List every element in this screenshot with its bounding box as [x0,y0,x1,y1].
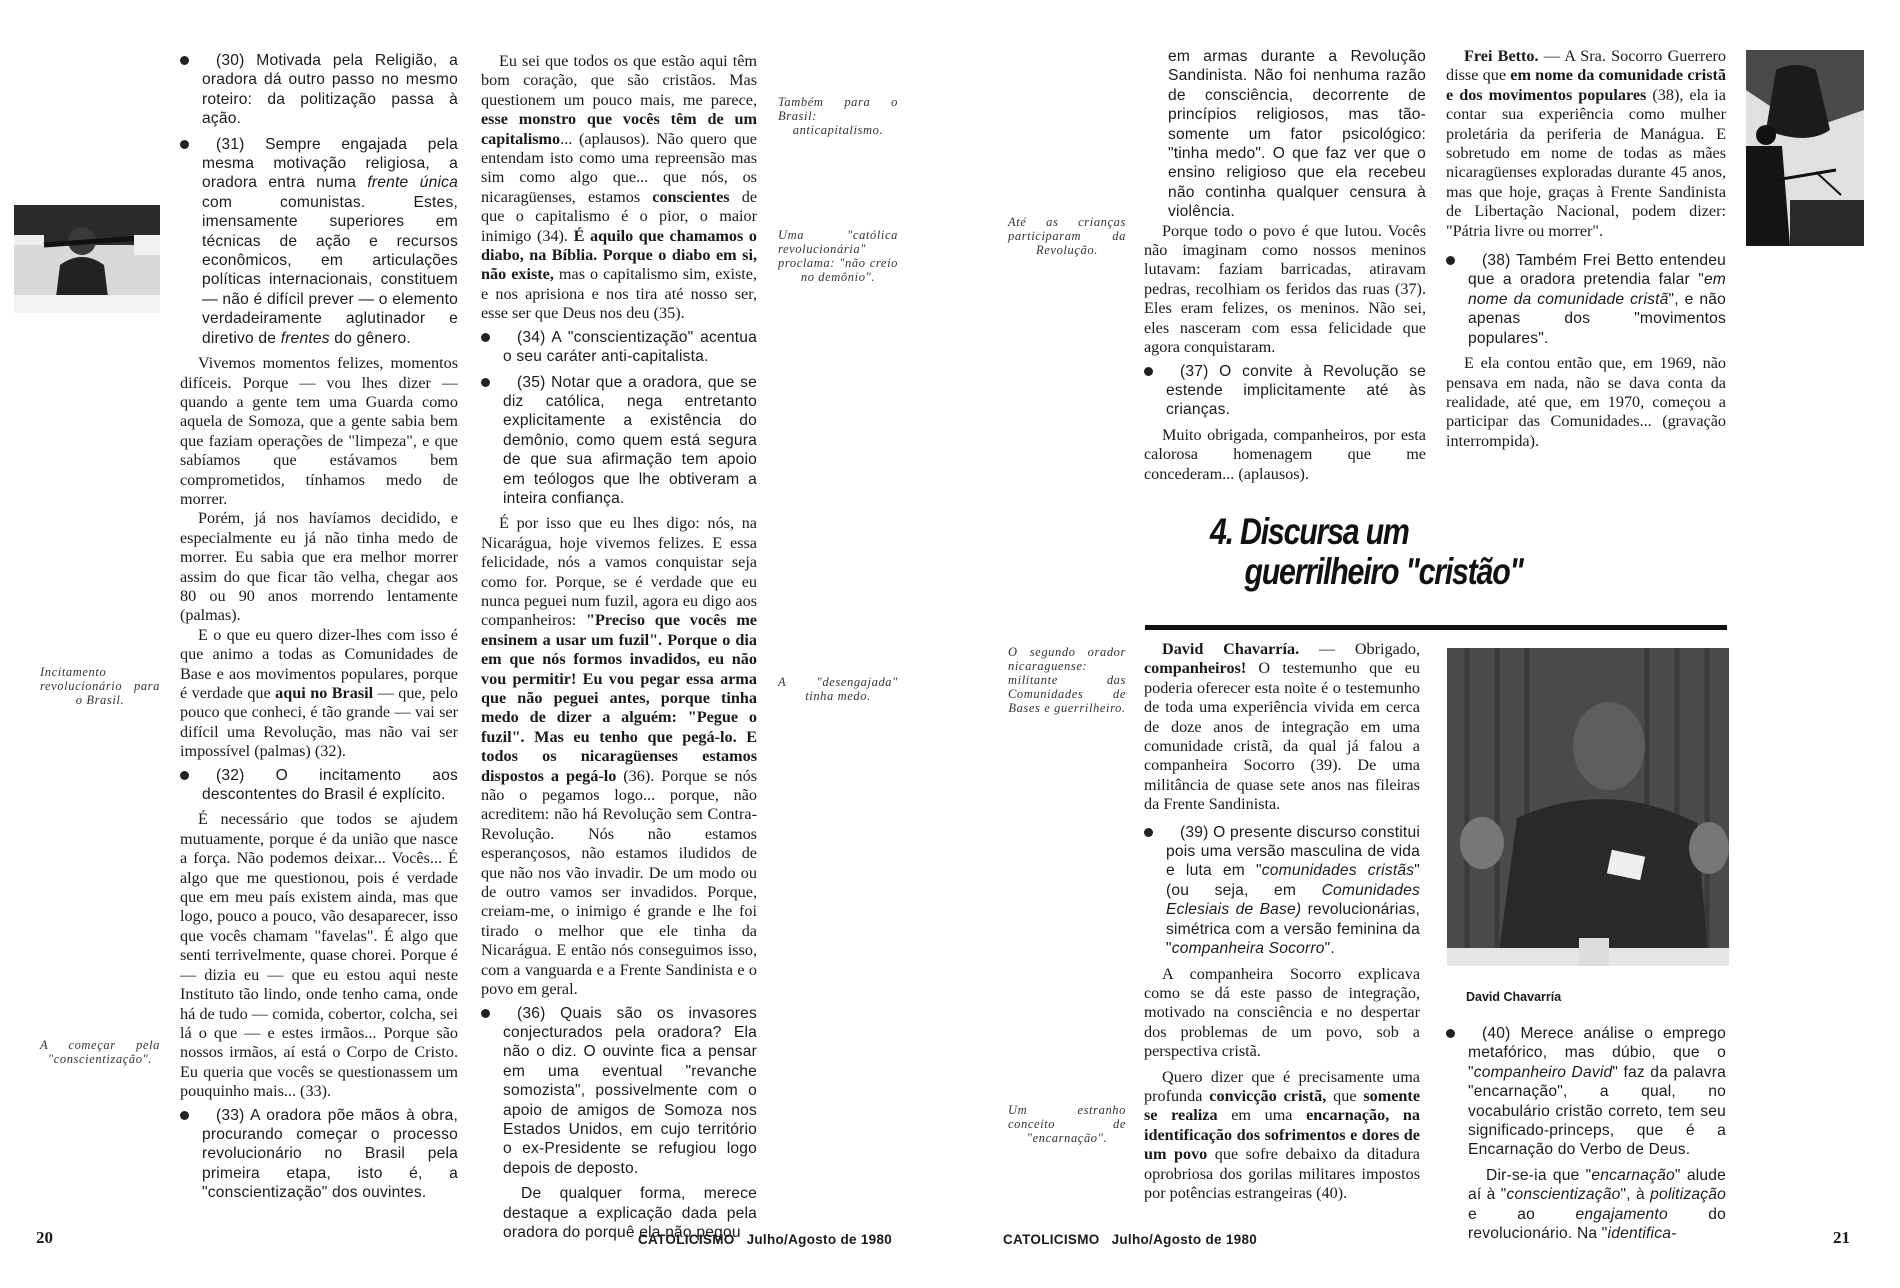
margin-note: Uma "católica revolucionária" proclama: … [778,228,898,284]
bullet-icon [481,1009,490,1018]
footnote-39: (39) O presente discurso constitui pois … [1144,823,1420,959]
bullet-icon [481,333,490,342]
right-section-column-2: (40) Merece análise o emprego metafórico… [1446,1020,1726,1243]
bullet-icon [180,56,189,65]
margin-note: Também para o Brasil: anticapitalismo. [778,95,898,137]
bullet-icon [1446,256,1455,265]
photo-image [1746,50,1864,246]
paragraph: Quero dizer que é precisamente uma profu… [1144,1068,1420,1204]
photo-youth-with-rifle [14,205,160,313]
footnote-40-continued: Dir-se-ia que "encarnação" alude aí à "c… [1446,1166,1726,1244]
paragraph: É necessário que todos se ajudem mutuame… [180,810,458,1101]
paragraph: A companheira Socorro explicava como se … [1144,965,1420,1062]
bullet-icon [1144,367,1153,376]
bullet-icon [1144,828,1153,837]
footnote-36-tail: em armas durante a Revolução Sandinista.… [1144,47,1426,222]
footnote-32: (32) O incitamento aos descontentes do B… [180,766,458,805]
section-title: 4. Discursa um guerrilheiro "cristão" [1210,512,1538,592]
paragraph: David Chavarría. — Obrigado, companheiro… [1144,640,1420,815]
bullet-icon [1446,1029,1455,1038]
margin-note: Até as crianças participaram da Revoluçã… [1008,215,1126,257]
paragraph: Frei Betto. — A Sra. Socorro Guerrero di… [1446,47,1726,241]
paragraph: E o que eu quero dizer-lhes com isso é q… [180,626,458,762]
page-number: 20 [36,1228,53,1248]
photo-bell-gunner [1746,50,1864,246]
margin-note: Incitamento revolucionário para o Brasil… [40,665,160,707]
margin-note: O segundo orador nicaraguense: militante… [1008,645,1126,715]
bullet-icon [180,1111,189,1120]
paragraph: Muito obrigada, companheiros, por esta c… [1144,426,1426,484]
footnote-34: (34) A "conscientização" acentua o seu c… [481,328,757,367]
section-rule [1145,625,1727,630]
margin-note: A "desengajada" tinha medo. [778,675,898,703]
photo-image [1447,648,1729,966]
footnote-38: (38) Também Frei Betto entendeu que a or… [1446,251,1726,348]
right-column-2: Frei Betto. — A Sra. Socorro Guerrero di… [1446,47,1726,451]
left-column-2: Eu sei que todos os que estão aqui têm b… [481,52,757,1242]
bullet-icon [180,771,189,780]
paragraph: Porque todo o povo é que lutou. Vocês nã… [1144,222,1426,358]
bullet-icon [180,140,189,149]
paragraph: Eu sei que todos os que estão aqui têm b… [481,52,757,324]
margin-note: A começar pela "conscientização". [40,1038,160,1066]
bullet-icon [481,378,490,387]
footnote-37: (37) O convite à Revolução se estende im… [1144,362,1426,420]
footnote-36: (36) Quais são os invasores conjecturado… [481,1004,757,1179]
photo-image [14,205,160,313]
paragraph: Vivemos momentos felizes, momentos difíc… [180,354,458,509]
footnote-31: (31) Sempre engajada pela mesma motivaçã… [180,135,458,348]
footnote-35: (35) Notar que a oradora, que se diz cat… [481,373,757,509]
footnote-33: (33) A oradora põe mãos à obra, procuran… [180,1106,458,1203]
right-section-column-1: David Chavarría. — Obrigado, companheiro… [1144,640,1420,1203]
right-column-1: em armas durante a Revolução Sandinista.… [1144,47,1426,484]
page-number: 21 [1833,1228,1850,1248]
page-footer: CATOLICISMOJulho/Agosto de 1980 [1003,1232,1257,1247]
photo-caption: David Chavarría [1466,990,1561,1004]
paragraph: E ela contou então que, em 1969, não pen… [1446,354,1726,451]
footnote-40: (40) Merece análise o emprego metafórico… [1446,1024,1726,1160]
paragraph: É por isso que eu lhes digo: nós, na Nic… [481,514,757,999]
margin-note: Um estranho conceito de "encarnação". [1008,1103,1126,1145]
paragraph: Porém, já nos havíamos decidido, e espec… [180,509,458,625]
photo-david-chavarria [1447,648,1729,966]
page-footer: CATOLICISMOJulho/Agosto de 1980 [638,1232,892,1247]
left-column-1: (30) Motivada pela Religião, a oradora d… [180,47,458,1209]
footnote-30: (30) Motivada pela Religião, a oradora d… [180,51,458,129]
